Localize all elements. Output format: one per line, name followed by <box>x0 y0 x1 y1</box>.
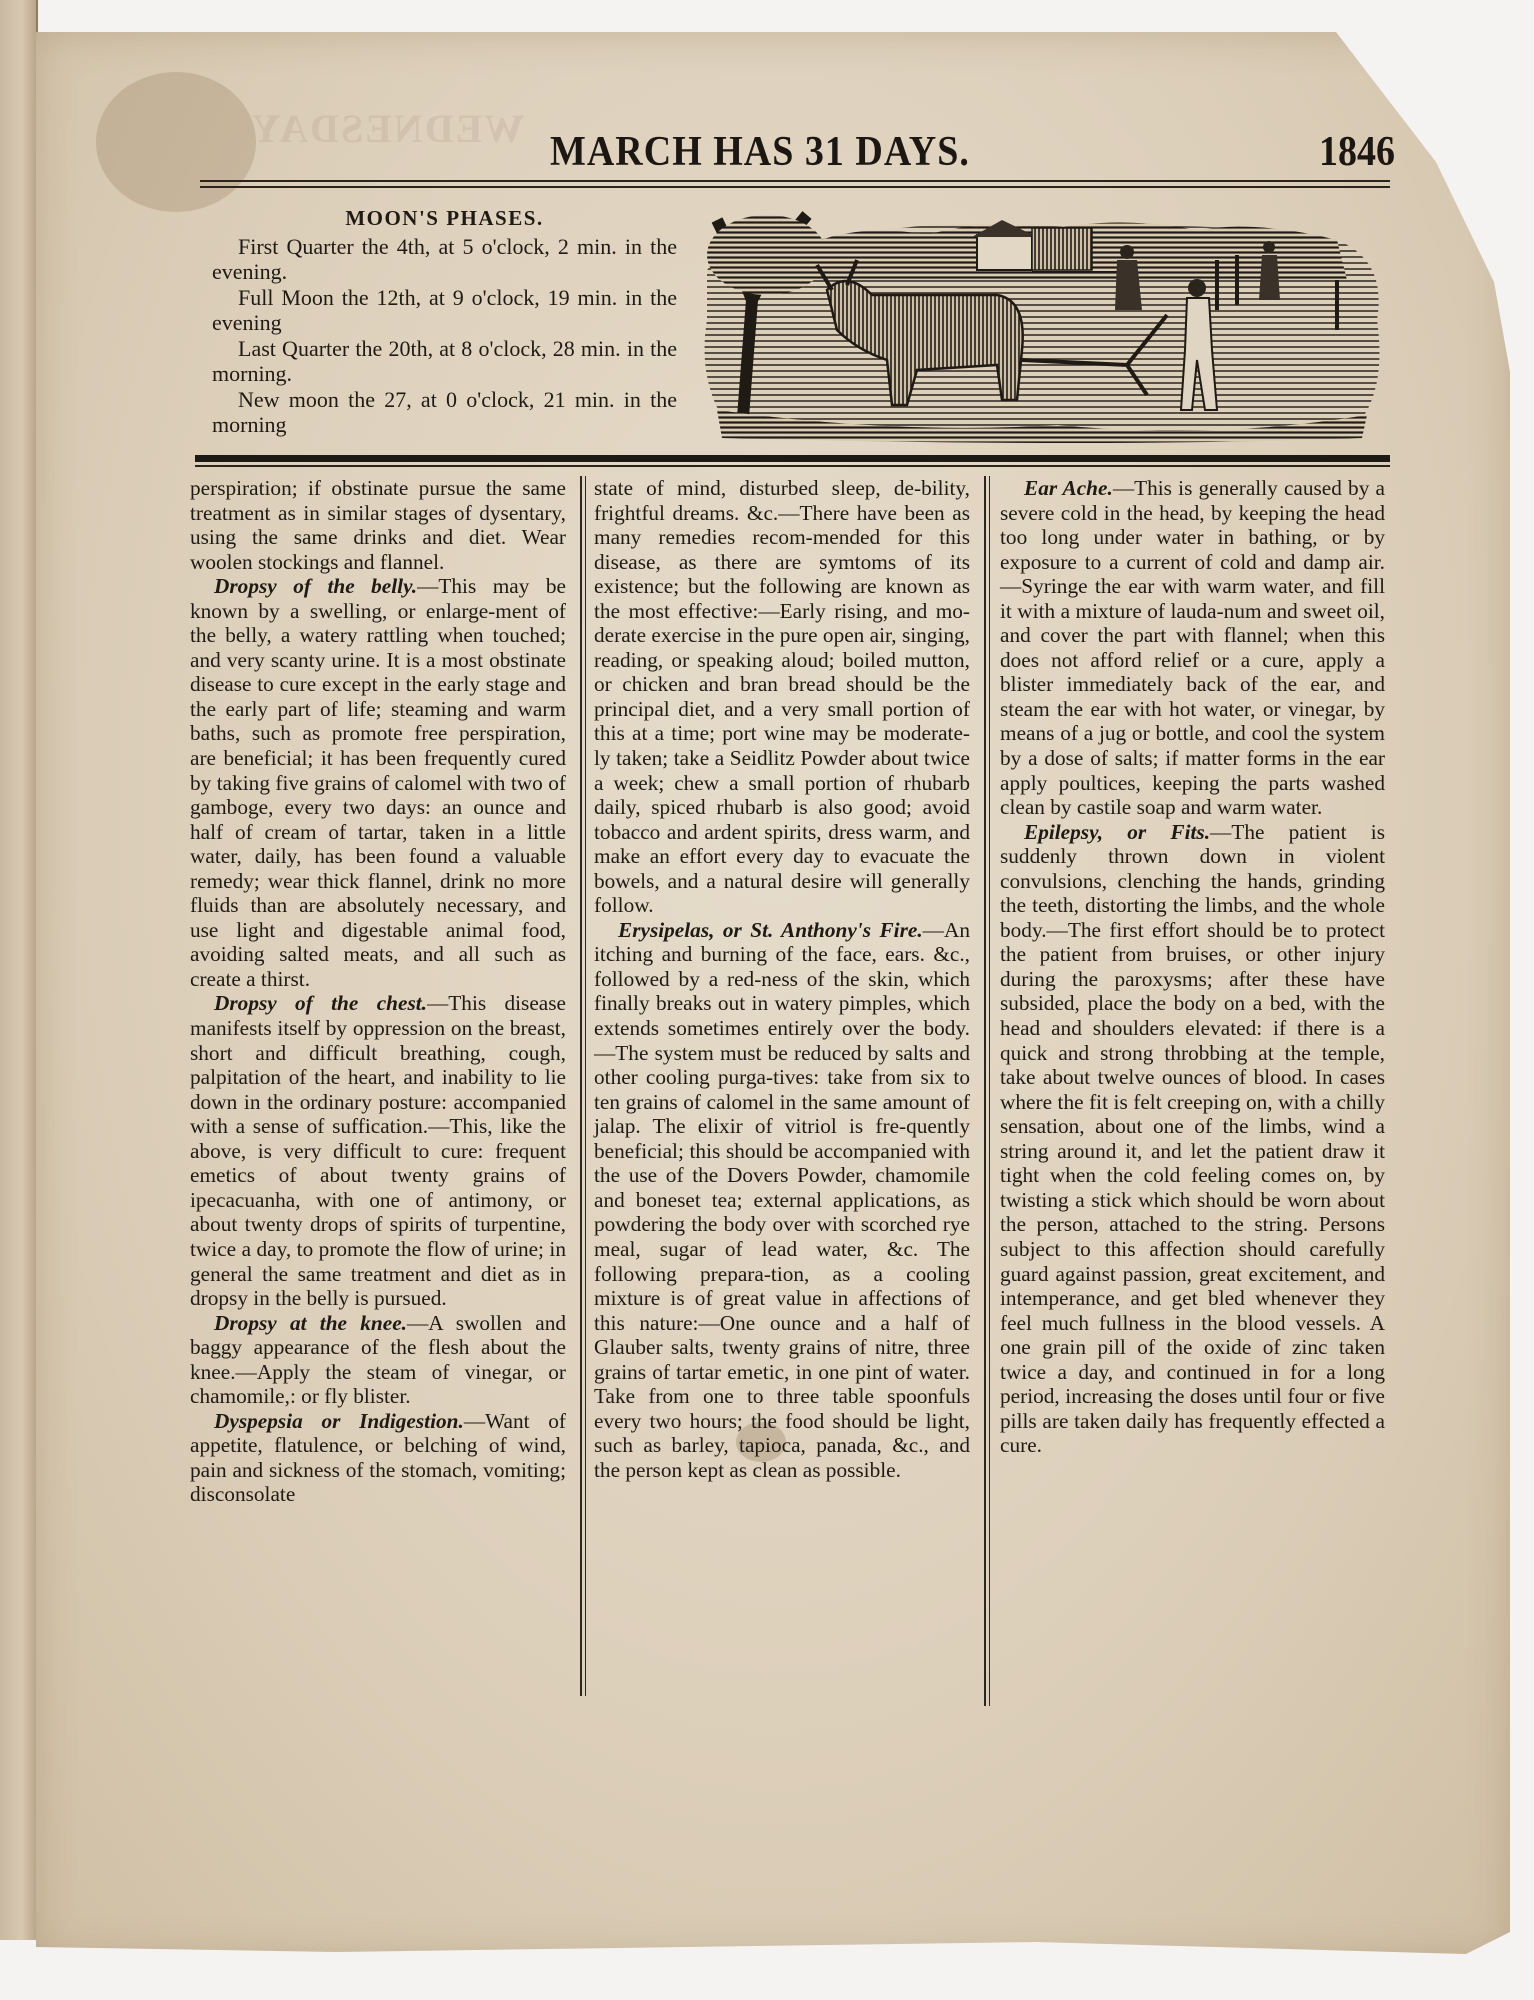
page-header: MARCH HAS 31 DAYS. 1846 <box>195 130 1395 180</box>
column-rule <box>989 476 990 1706</box>
ploughing-woodcut-illustration <box>697 200 1392 445</box>
paragraph: Dropsy of the belly.—This may be known b… <box>190 574 566 991</box>
moon-phase-entry: New moon the 27, at 0 o'clock, 21 min. i… <box>212 387 677 438</box>
moon-phase-entry: Full Moon the 12th, at 9 o'clock, 19 min… <box>212 285 677 336</box>
section-divider-rule <box>195 455 1390 467</box>
paragraph-heading: Dropsy of the chest. <box>214 991 427 1015</box>
header-double-rule <box>200 180 1390 189</box>
paragraph: Dropsy at the knee.—A swollen and baggy … <box>190 1311 566 1409</box>
paragraph: Dropsy of the chest.—This disease manife… <box>190 991 566 1310</box>
moon-phases-title: MOON'S PHASES. <box>212 206 677 232</box>
paragraph: Erysipelas, or St. Anthony's Fire.—An it… <box>594 918 970 1483</box>
paragraph: Ear Ache.—This is generally caused by a … <box>1000 476 1385 820</box>
paragraph: Dyspepsia or Indigestion.—Want of appeti… <box>190 1409 566 1507</box>
paragraph-heading: Dropsy at the knee. <box>214 1311 407 1335</box>
page-title: MARCH HAS 31 DAYS. <box>550 128 970 176</box>
paragraph: perspiration; if obstinate pursue the sa… <box>190 476 566 574</box>
paragraph: Epilepsy, or Fits.—The patient is sudden… <box>1000 820 1385 1458</box>
paragraph: state of mind, disturbed sleep, de-bilit… <box>594 476 970 918</box>
paragraph-heading: Ear Ache. <box>1024 476 1113 500</box>
moon-phase-entry: Last Quarter the 20th, at 8 o'clock, 28 … <box>212 336 677 387</box>
column-rule <box>585 476 586 1696</box>
paragraph-heading: Dyspepsia or Indigestion. <box>214 1409 464 1433</box>
paragraph-heading: Epilepsy, or Fits. <box>1024 820 1210 844</box>
column-2: state of mind, disturbed sleep, de-bilit… <box>594 476 970 1482</box>
previous-page-edge <box>0 0 38 1940</box>
column-rule <box>580 476 582 1696</box>
body-columns: perspiration; if obstinate pursue the sa… <box>190 476 1390 1716</box>
column-1: perspiration; if obstinate pursue the sa… <box>190 476 566 1507</box>
paragraph-heading: Dropsy of the belly. <box>214 574 417 598</box>
year-label: 1846 <box>1319 128 1395 176</box>
column-rule <box>984 476 986 1706</box>
moon-phase-entry: First Quarter the 4th, at 5 o'clock, 2 m… <box>212 234 677 285</box>
column-3: Ear Ache.—This is generally caused by a … <box>1000 476 1385 1458</box>
paragraph-heading: Erysipelas, or St. Anthony's Fire. <box>618 918 923 942</box>
moon-phases-section: MOON'S PHASES. First Quarter the 4th, at… <box>212 206 677 438</box>
